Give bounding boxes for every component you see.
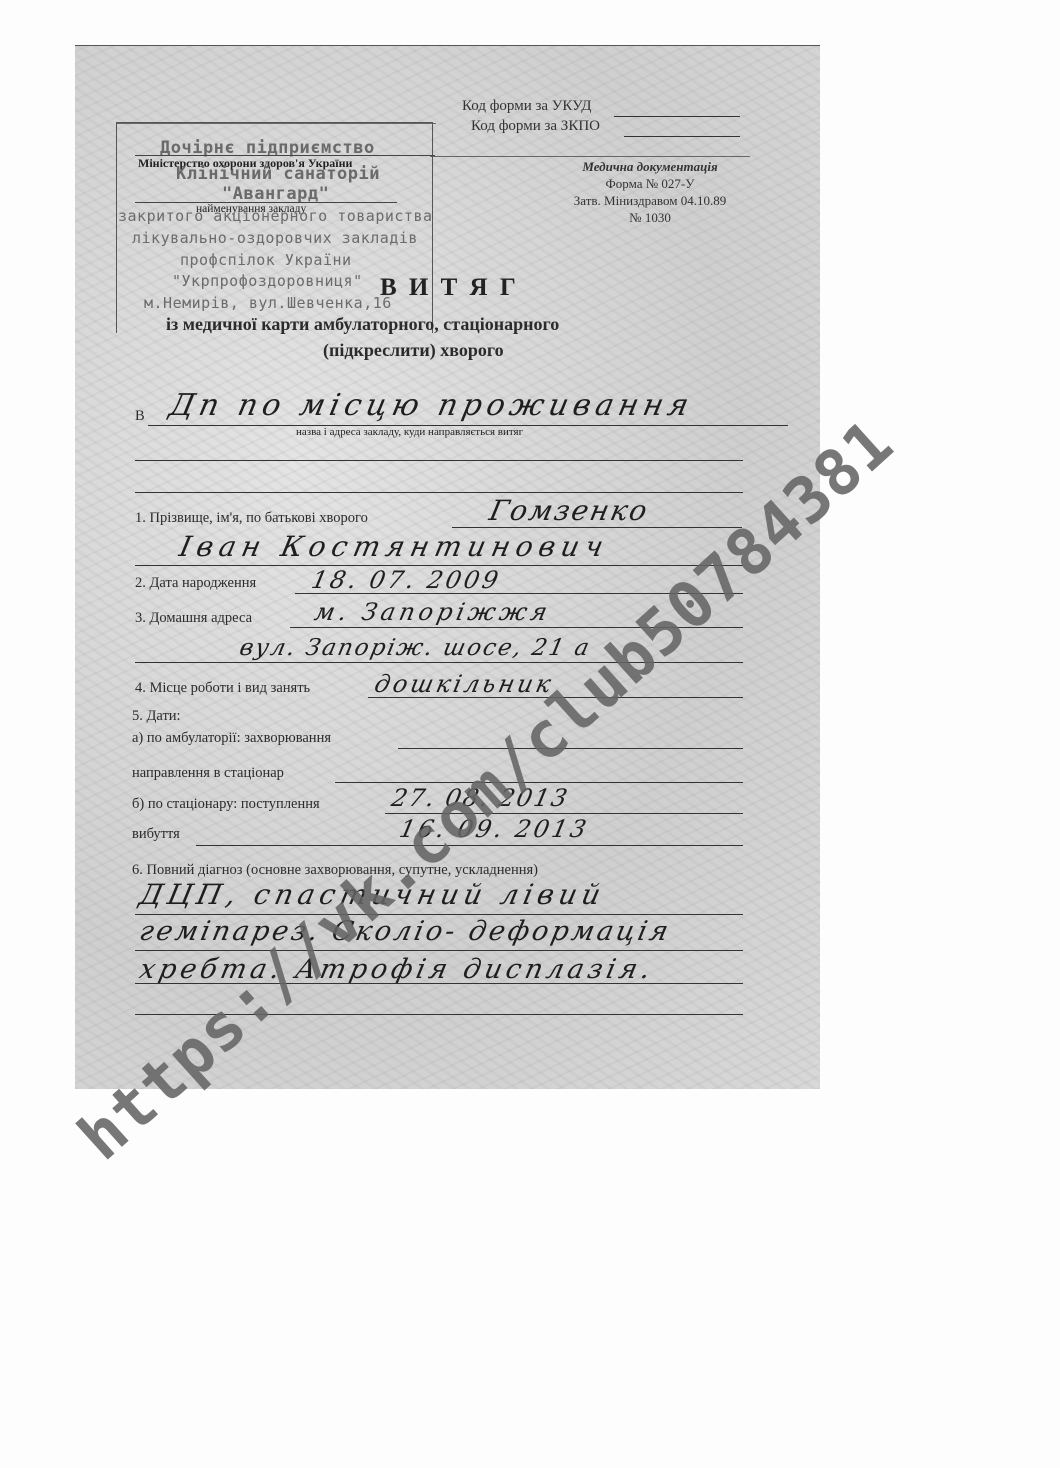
diagnosis-rule-2 xyxy=(135,950,743,951)
admission-label: б) по стаціонару: поступлення xyxy=(132,796,320,813)
work-label: 4. Місце роботи і вид занять xyxy=(135,680,310,697)
referral-label: направлення в стаціонар xyxy=(132,765,284,782)
form-code-ukud-label: Код форми за УКУД xyxy=(462,98,591,115)
stamp-line-3: "Авангард" xyxy=(222,184,329,204)
form-info-block: Медична документація Форма № 027-У Затв.… xyxy=(560,158,740,226)
form-code-ukud-field xyxy=(614,116,740,117)
dob-value: 18. 07. 2009 xyxy=(309,566,504,594)
destination-line-2 xyxy=(135,460,743,461)
ministry-rule-top xyxy=(135,155,435,156)
diagnosis-line-2: геміпарез. Сколіо- деформація xyxy=(137,916,674,947)
stamp-line-4: закритого акціонерного товариства xyxy=(118,207,433,225)
work-value: дошкільник xyxy=(372,670,556,698)
form-number: Форма № 027-У xyxy=(560,175,740,192)
destination-line-3 xyxy=(135,492,743,493)
address-line-2: вул. Запоріж. шосе, 21 а xyxy=(237,635,593,661)
patient-surname: Гомзенко xyxy=(486,494,651,527)
stamp-line-8: м.Немирів, вул.Шевченка,16 xyxy=(144,294,392,312)
destination-caption: назва і адреса закладу, куди направляєть… xyxy=(296,426,523,438)
stamp-line-6: профспілок України xyxy=(180,251,352,269)
ambulatory-label: а) по амбулаторії: захворювання xyxy=(132,730,331,747)
header-divider xyxy=(430,156,750,157)
form-code-zkpo-field xyxy=(624,136,740,137)
destination-prefix: В xyxy=(135,408,145,425)
document-subtitle-1: із медичної карти амбулаторного, стаціон… xyxy=(166,314,559,335)
dob-label: 2. Дата народження xyxy=(135,575,256,592)
form-order-number: № 1030 xyxy=(560,209,740,226)
patient-given-names: Іван Костянтинович xyxy=(176,530,612,563)
address-label: 3. Домашня адреса xyxy=(135,610,252,627)
diagnosis-rule-1 xyxy=(135,914,743,915)
document-subtitle-2: (підкреслити) хворого xyxy=(323,340,504,361)
stamp-line-5: лікувально-оздоровчих закладів xyxy=(132,229,418,247)
dates-label: 5. Дати: xyxy=(132,708,181,725)
diagnosis-line-3: хребта. Атрофія дисплазія. xyxy=(137,954,657,985)
patient-name-label: 1. Прізвище, ім'я, по батькові хворого xyxy=(135,510,368,527)
discharge-label: вибуття xyxy=(132,826,180,843)
form-approval: Затв. Міниздравом 04.10.89 xyxy=(560,192,740,209)
document-title: В И Т Я Г xyxy=(380,274,519,302)
stamp-line-2: Клінічний санаторій xyxy=(176,164,380,184)
address-line-1: м. Запоріжжя xyxy=(312,598,554,626)
form-code-zkpo-label: Код форми за ЗКПО xyxy=(471,118,600,135)
form-category: Медична документація xyxy=(560,158,740,175)
stamp-line-7: "Укрпрофоздоровниця" xyxy=(172,272,363,290)
destination-value: Дп по місцю проживання xyxy=(166,388,697,423)
patient-name-line-1 xyxy=(452,527,742,528)
